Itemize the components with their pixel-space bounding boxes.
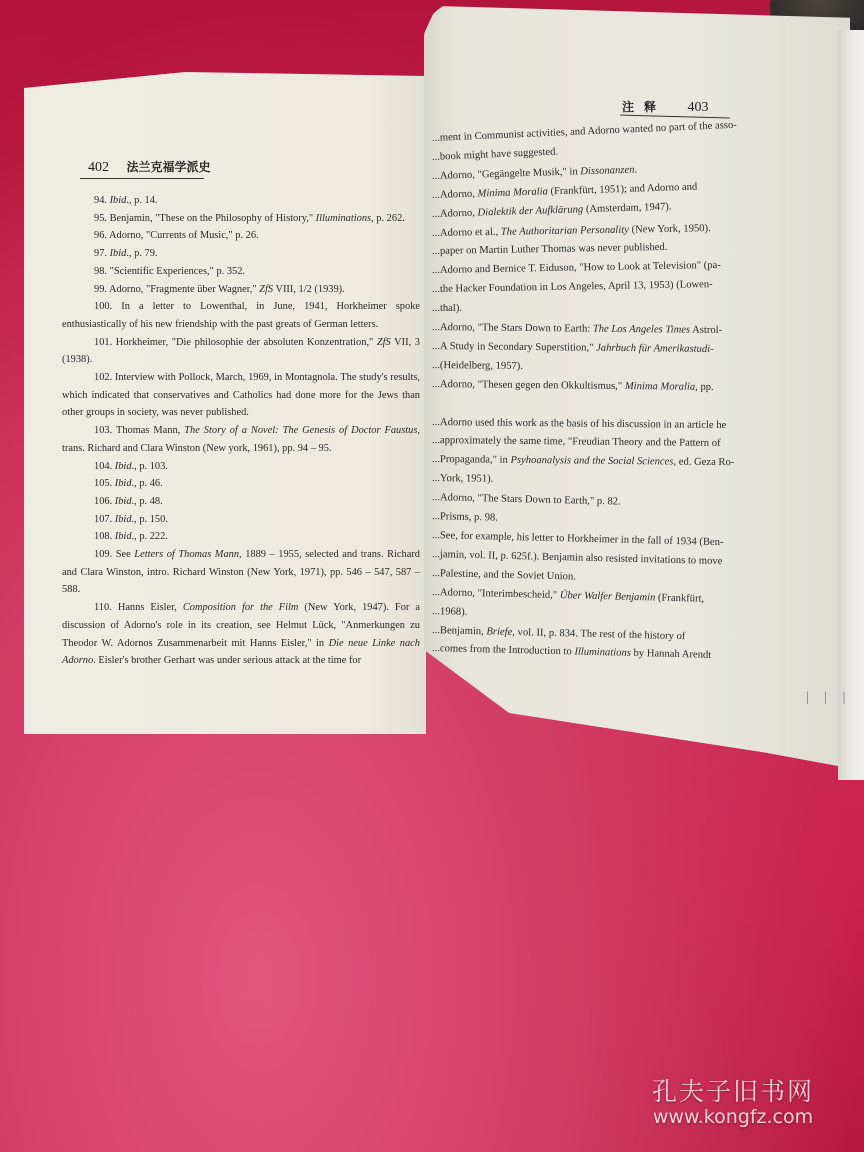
footnote-number: 107.	[94, 514, 115, 525]
footnote-number: 95.	[94, 213, 110, 224]
footnote: 109. See Letters of Thomas Mann, 1889 – …	[62, 546, 420, 599]
left-page-number: 402	[88, 160, 109, 175]
footnote: 97. Ibid., p. 79.	[62, 245, 420, 263]
footnote: 98. "Scientific Experiences," p. 352.	[62, 263, 420, 281]
footnote-number: 110.	[94, 602, 118, 613]
right-page-header: 注释 403	[622, 98, 709, 116]
italic-title: Jahrbuch für Amerikastudi-	[596, 343, 714, 355]
watermark-url: www.kongfz.com	[652, 1106, 814, 1128]
italic-title: Psyhoanalysis and the Social Sciences	[510, 455, 673, 468]
footnote-number: 102.	[94, 372, 115, 383]
footnote-line: ...thal).	[432, 300, 748, 319]
footnote: 106. Ibid., p. 48.	[62, 493, 420, 511]
page-stack-edge	[838, 30, 864, 780]
footnote-number: 104.	[94, 461, 115, 472]
footnote: 94. Ibid., p. 14.	[62, 192, 420, 210]
footnote: 110. Hanns Eisler, Composition for the F…	[62, 599, 420, 670]
left-running-title: 法兰克福学派史	[127, 160, 211, 174]
footnote-number: 97.	[94, 248, 110, 259]
italic-title: Ibid	[115, 531, 132, 542]
footnote: 100. In a letter to Lowenthal, in June, …	[62, 298, 420, 333]
italic-title: The Story of a Novel: The Genesis of Doc…	[184, 425, 417, 436]
italic-title: Minima Moralia	[477, 186, 548, 199]
footnote: 105. Ibid., p. 46.	[62, 475, 420, 493]
italic-title: ZfS	[377, 337, 391, 348]
footnote: 104. Ibid., p. 103.	[62, 458, 420, 476]
footnote-number: 108.	[94, 531, 115, 542]
footnote-number: 109.	[94, 549, 116, 560]
italic-title: Briefe	[486, 626, 512, 638]
watermark: 孔夫子旧书网 www.kongfz.com	[652, 1072, 814, 1128]
italic-title: Dialektik der Aufklärung	[477, 204, 583, 218]
footnote-number: 96.	[94, 230, 109, 241]
right-running-title: 注释	[622, 100, 666, 114]
footnote: 103. Thomas Mann, The Story of a Novel: …	[62, 422, 420, 457]
footnote-number: 100.	[94, 301, 121, 312]
footnote-number: 105.	[94, 478, 115, 489]
footnote-line: ...Adorno, "Thesen gegen den Okkultismus…	[432, 376, 748, 398]
watermark-site-name: 孔夫子旧书网	[652, 1072, 814, 1108]
italic-title: Ibid	[115, 461, 132, 472]
italic-title: The Los Angeles Times	[593, 324, 690, 336]
page-edge-marks: | | |	[806, 690, 851, 706]
italic-title: Über Walfer Benjamin	[560, 590, 656, 603]
footnote-number: 94.	[94, 195, 110, 206]
footnote-number: 99.	[94, 284, 109, 295]
footnote-line: ...the Hacker Foundation in Los Angeles,…	[432, 276, 748, 300]
footnote: 101. Horkheimer, "Die philosophie der ab…	[62, 334, 420, 369]
italic-title: Composition for the Film	[183, 602, 299, 613]
left-page-header: 402 法兰克福学派史	[88, 158, 211, 176]
right-page-number: 403	[688, 100, 709, 115]
footnote-number: 101.	[94, 337, 116, 348]
italic-title: Ibid	[115, 514, 132, 525]
left-notes-list: 94. Ibid., p. 14.95. Benjamin, "These on…	[62, 192, 420, 670]
footnote-number: 103.	[94, 425, 116, 436]
footnote: 96. Adorno, "Currents of Music," p. 26.	[62, 227, 420, 245]
italic-title: Ibid	[115, 478, 132, 489]
footnote: 95. Benjamin, "These on the Philosophy o…	[62, 210, 420, 228]
footnote: 108. Ibid., p. 222.	[62, 528, 420, 546]
italic-title: The Authoritarian Personality	[501, 224, 629, 237]
italic-title: Ibid	[115, 496, 132, 507]
italic-title: Illuminations	[574, 647, 631, 659]
italic-title: Die neue Linke nach Adorno	[62, 638, 420, 667]
italic-title: Illuminations	[316, 213, 371, 224]
italic-title: Ibid	[110, 248, 127, 259]
footnote-number: 106.	[94, 496, 115, 507]
right-notes-list: ...ment in Communist activities, and Ado…	[432, 130, 748, 659]
footnote-number: 98.	[94, 266, 110, 277]
footnote: 102. Interview with Pollock, March, 1969…	[62, 369, 420, 422]
italic-title: Dissonanzen	[580, 164, 634, 177]
footnote: 99. Adorno, "Fragmente über Wagner," ZfS…	[62, 281, 420, 299]
left-header-rule	[80, 178, 204, 179]
italic-title: Ibid	[110, 195, 127, 206]
italic-title: Minima Moralia	[625, 381, 695, 393]
footnote: 107. Ibid., p. 150.	[62, 511, 420, 529]
italic-title: Letters of Thomas Mann	[134, 549, 239, 560]
italic-title: ZfS	[259, 284, 273, 295]
